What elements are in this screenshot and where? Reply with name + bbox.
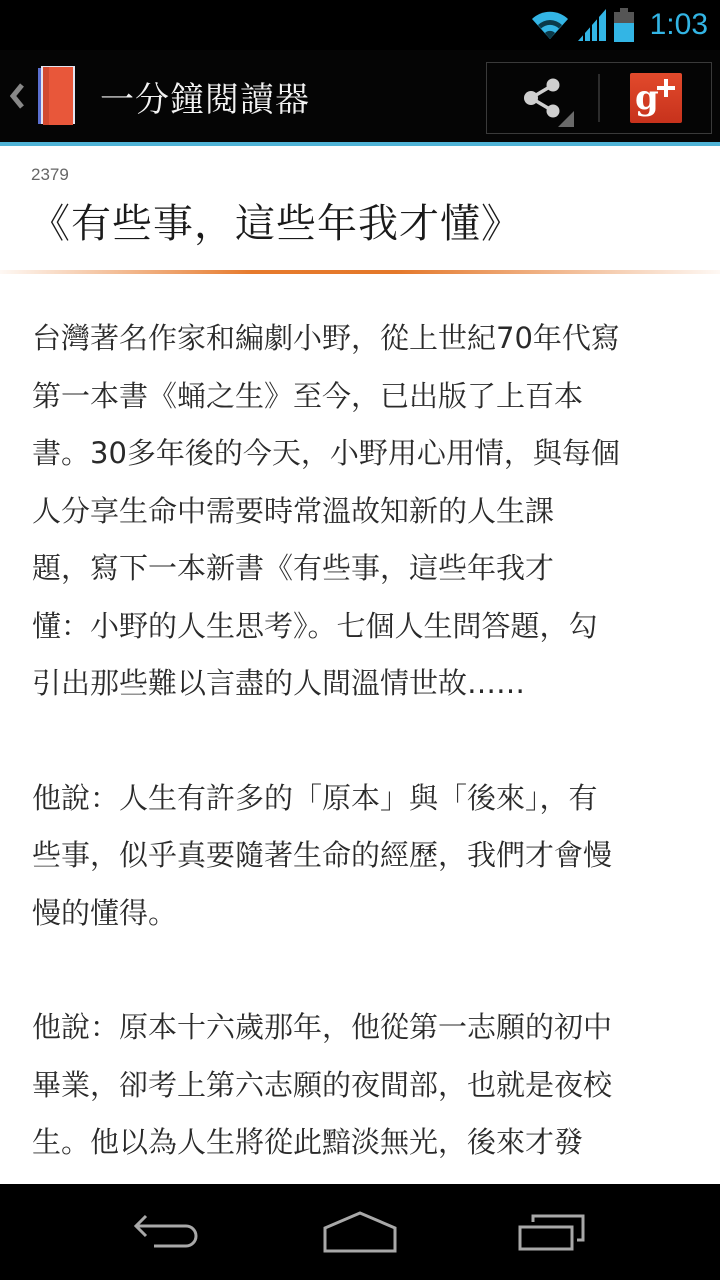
text-line: 畢業，卻考上第六志願的夜間部，也就是夜校 (32, 1057, 692, 1115)
article-body: 台灣著名作家和編劇小野，從上世紀70年代寫 第一本書《蛹之生》至今，已出版了上百… (32, 310, 692, 1184)
text-line: 慢的懂得。 (32, 885, 692, 943)
action-group: g (486, 62, 712, 134)
recent-apps-button[interactable] (503, 1197, 603, 1267)
article-content[interactable]: 2379 《有些事，這些年我才懂》 台灣著名作家和編劇小野，從上世紀70年代寫 … (0, 146, 720, 1184)
text-line: 題，寫下一本新書《有些事，這些年我才 (32, 540, 692, 598)
up-navigation-button[interactable] (0, 64, 78, 128)
battery-icon (614, 8, 634, 42)
text-line: 些事，似乎真要隨著生命的經歷，我們才會慢 (32, 827, 692, 885)
paragraph: 台灣著名作家和編劇小野，從上世紀70年代寫 第一本書《蛹之生》至今，已出版了上百… (32, 310, 692, 713)
text-line: 現，寫作直的在黑或更能大度創意的藝術表 (32, 1172, 692, 1185)
recent-apps-icon (517, 1212, 589, 1252)
home-icon (322, 1210, 398, 1254)
dropdown-corner-icon (558, 111, 574, 127)
paragraph: 他說：人生有許多的「原本」與「後來」，有 些事，似乎真要隨著生命的經歷，我們才會… (32, 770, 692, 943)
status-bar: 1:03 (0, 0, 720, 50)
text-line: 懂：小野的人生思考》。七個人生問答題，勾 (32, 598, 692, 656)
text-line: 第一本書《蛹之生》至今，已出版了上百本 (32, 368, 692, 426)
wifi-icon (530, 9, 570, 41)
action-bar: 一分鐘閱讀器 (0, 50, 720, 142)
svg-text:g: g (635, 78, 659, 118)
google-plus-icon: g (630, 73, 682, 123)
google-plus-button[interactable]: g (600, 63, 711, 133)
article-title: 《有些事，這些年我才懂》 (30, 192, 522, 249)
chevron-left-icon (6, 76, 28, 116)
home-button[interactable] (310, 1197, 410, 1267)
text-line: 他說：原本十六歲那年，他從第一志願的初中 (32, 999, 692, 1057)
paragraph: 他說：原本十六歲那年，他從第一志願的初中 畢業，卻考上第六志願的夜間部，也就是夜… (32, 999, 692, 1184)
share-button[interactable] (487, 63, 598, 133)
title-divider (0, 270, 720, 274)
app-title: 一分鐘閱讀器 (100, 72, 310, 121)
text-line: 書。30多年後的今天，小野用心用情，與每個 (32, 425, 692, 483)
text-line: 人分享生命中需要時常溫故知新的人生課 (32, 483, 692, 541)
back-icon (132, 1212, 202, 1252)
text-line: 台灣著名作家和編劇小野，從上世紀70年代寫 (32, 310, 692, 368)
book-icon (34, 64, 78, 128)
navigation-bar (0, 1184, 720, 1280)
text-line: 生。他以為人生將從此黯淡無光，後來才發 (32, 1114, 692, 1172)
clock: 1:03 (650, 8, 708, 42)
article-id: 2379 (31, 165, 69, 185)
text-line: 他說：人生有許多的「原本」與「後來」，有 (32, 770, 692, 828)
back-button[interactable] (117, 1197, 217, 1267)
text-line: 引出那些難以言盡的人間溫情世故…… (32, 655, 692, 713)
cell-signal-icon (578, 9, 606, 41)
